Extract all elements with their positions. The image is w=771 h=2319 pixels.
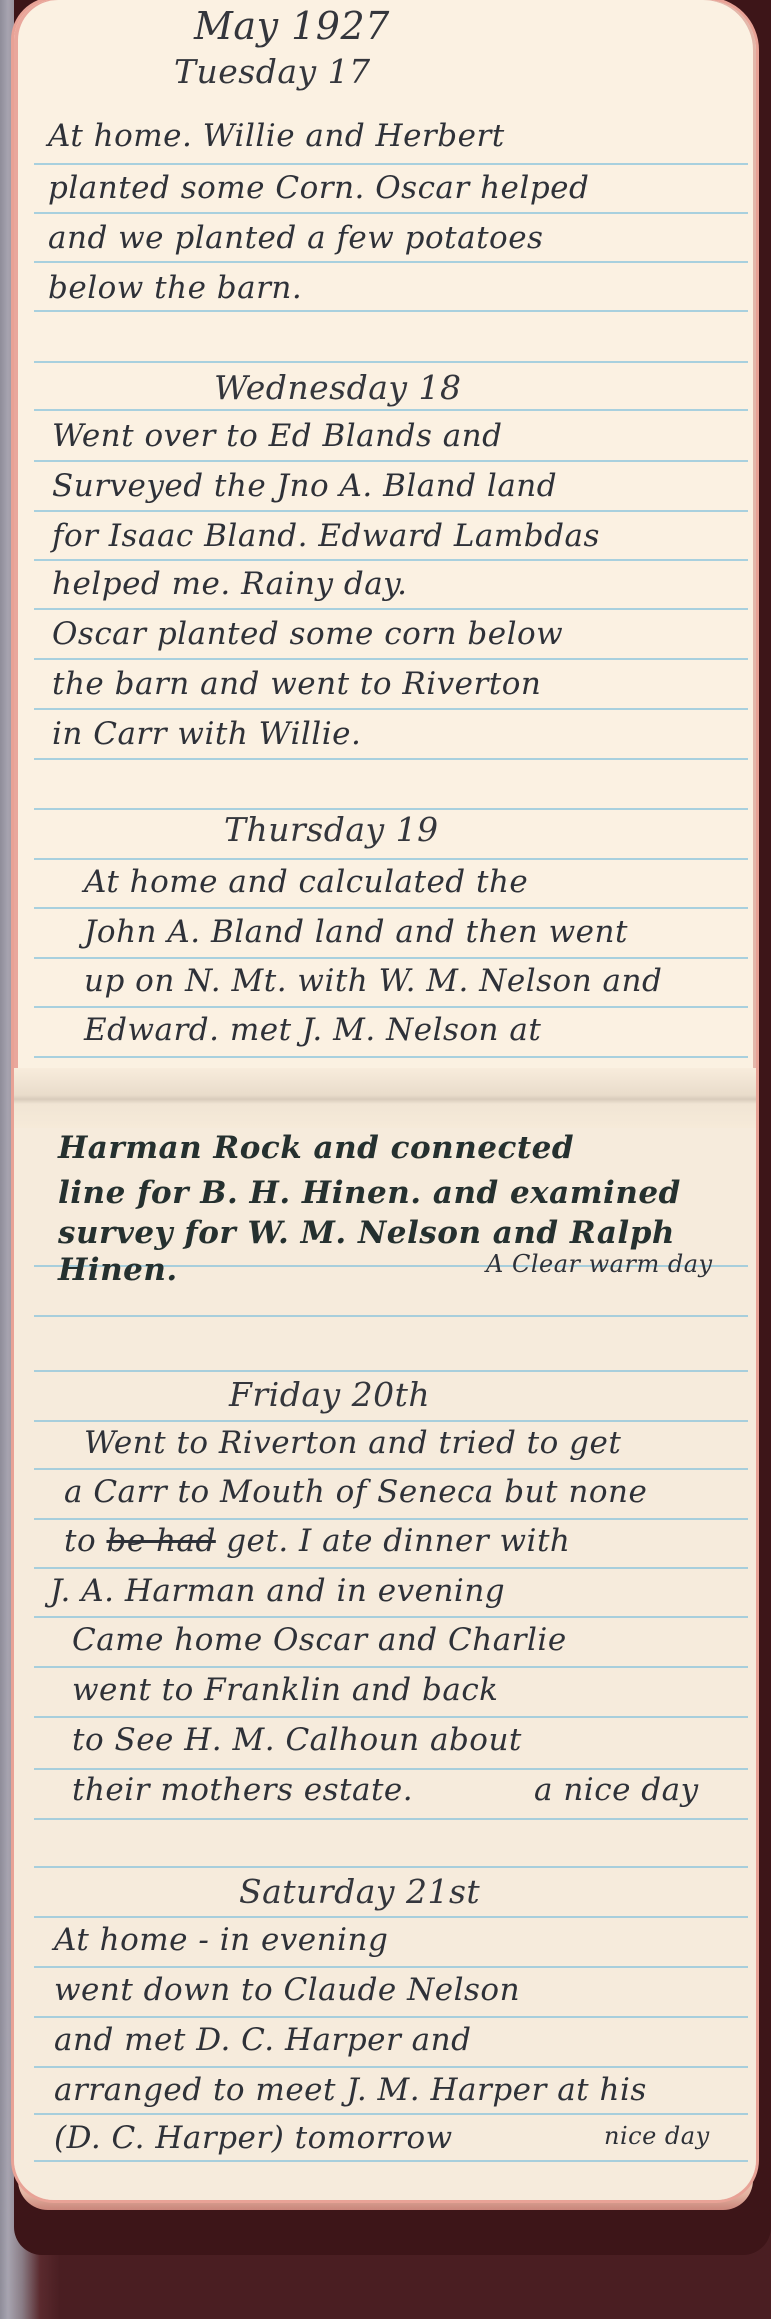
entry-line: went to Franklin and back xyxy=(72,1672,498,1708)
entry-line: John A. Bland land and then went xyxy=(84,914,628,950)
rule-line xyxy=(34,708,748,710)
rule-line xyxy=(34,858,748,860)
rule-line xyxy=(34,1966,748,1968)
rule-line xyxy=(34,658,748,660)
rule-line xyxy=(34,957,748,959)
entry-line: Went to Riverton and tried to get xyxy=(84,1425,621,1461)
rule-line xyxy=(34,608,748,610)
rule-line xyxy=(34,1666,748,1668)
rule-line xyxy=(34,1866,748,1868)
rule-line xyxy=(34,1420,748,1422)
entry-line: a Carr to Mouth of Seneca but none xyxy=(64,1474,647,1510)
rule-line xyxy=(34,2066,748,2068)
day-heading: Wednesday 18 xyxy=(214,368,462,407)
entry-line: At home and calculated the xyxy=(84,864,528,900)
rule-line xyxy=(34,212,748,214)
rule-line xyxy=(34,1370,748,1372)
weather-note: A Clear warm day xyxy=(486,1250,713,1278)
rule-line xyxy=(34,1468,748,1470)
entry-line: At home - in evening xyxy=(54,1922,388,1958)
entry-line: Oscar planted some corn below xyxy=(52,616,563,652)
rule-line xyxy=(34,163,748,165)
rule-line xyxy=(34,1818,748,1820)
entry-line: in Carr with Willie. xyxy=(52,716,361,752)
rule-line xyxy=(34,1768,748,1770)
rule-line xyxy=(34,2160,748,2162)
entry-line: the barn and went to Riverton xyxy=(52,666,541,702)
day-heading: Saturday 21st xyxy=(239,1872,480,1911)
entry-line: below the barn. xyxy=(48,270,302,306)
rule-line xyxy=(34,1716,748,1718)
entry-line: to See H. M. Calhoun about xyxy=(72,1722,522,1758)
struck-text: be had xyxy=(106,1523,215,1559)
entry-line: Went over to Ed Blands and xyxy=(52,418,503,454)
rule-line xyxy=(34,510,748,512)
rule-line xyxy=(34,310,748,312)
month-year-heading: May 1927 xyxy=(194,4,390,48)
line-suffix: get. I ate dinner with xyxy=(226,1523,570,1559)
rule-line xyxy=(34,1567,748,1569)
entry-line: J. A. Harman and in evening xyxy=(50,1573,505,1609)
line-prefix: to xyxy=(64,1523,96,1559)
entry-line: up on N. Mt. with W. M. Nelson and xyxy=(84,963,662,999)
rule-line xyxy=(34,2113,748,2115)
entry-line: (D. C. Harper) tomorrow xyxy=(54,2120,453,2156)
entry-line: At home. Willie and Herbert xyxy=(48,118,505,154)
rule-line xyxy=(34,1518,748,1520)
rule-line xyxy=(34,559,748,561)
entry-line: planted some Corn. Oscar helped xyxy=(48,170,589,206)
diary-page: May 1927 Tuesday 17 At home. Willie and … xyxy=(14,0,756,2200)
entry-line: survey for W. M. Nelson and Ralph xyxy=(58,1215,675,1251)
weather-note: nice day xyxy=(604,2122,710,2150)
entry-line: Hinen. xyxy=(58,1252,178,1288)
rule-line xyxy=(34,361,748,363)
rule-line xyxy=(34,460,748,462)
rule-line xyxy=(34,907,748,909)
entry-line: Harman Rock and connected xyxy=(58,1130,574,1166)
rule-line xyxy=(34,1315,748,1317)
entry-line: Edward. met J. M. Nelson at xyxy=(84,1012,541,1048)
rule-line xyxy=(34,758,748,760)
weather-note: a nice day xyxy=(534,1772,699,1808)
entry-line-with-strikeout: to be had get. I ate dinner with xyxy=(64,1523,570,1559)
rule-line xyxy=(34,1916,748,1918)
rule-line xyxy=(34,1616,748,1618)
entry-line: went down to Claude Nelson xyxy=(54,1972,520,2008)
day-heading: Thursday 19 xyxy=(224,810,439,849)
rule-line xyxy=(34,1006,748,1008)
entry-line: Surveyed the Jno A. Bland land xyxy=(52,468,557,504)
entry-line: and we planted a few potatoes xyxy=(48,220,543,256)
rule-line xyxy=(34,409,748,411)
entry-line: helped me. Rainy day. xyxy=(52,566,407,602)
entry-line: arranged to meet J. M. Harper at his xyxy=(54,2072,647,2108)
rule-line xyxy=(34,2016,748,2018)
rule-line xyxy=(34,261,748,263)
rule-line xyxy=(34,1056,748,1058)
entry-line: their mothers estate. xyxy=(72,1772,413,1808)
entry-line: for Isaac Bland. Edward Lambdas xyxy=(52,518,600,554)
page-fold xyxy=(14,1068,756,1128)
entry-line: and met D. C. Harper and xyxy=(54,2022,471,2058)
day-heading: Friday 20th xyxy=(229,1375,430,1414)
day-heading: Tuesday 17 xyxy=(174,52,371,91)
entry-line: line for B. H. Hinen. and examined xyxy=(58,1175,681,1211)
entry-line: Came home Oscar and Charlie xyxy=(72,1622,567,1658)
